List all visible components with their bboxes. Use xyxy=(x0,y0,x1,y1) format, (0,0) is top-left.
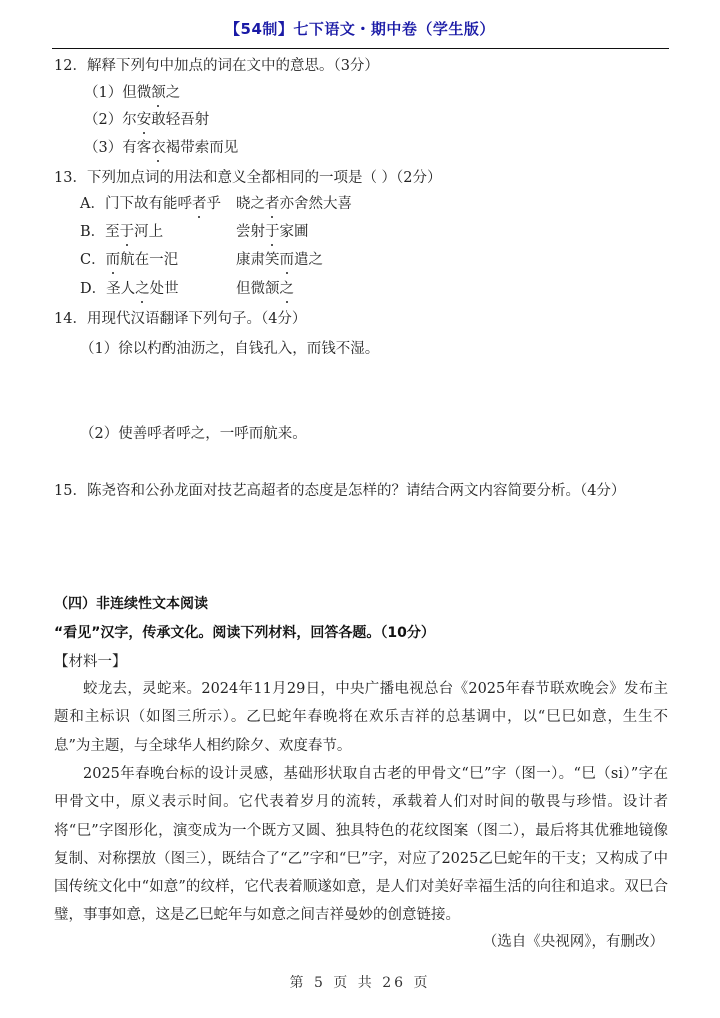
option-label: B． xyxy=(80,224,105,240)
text: 康肃笑 xyxy=(236,252,280,268)
dotted-char: 于 xyxy=(265,222,280,242)
option-right: 但微颔之 xyxy=(236,279,294,299)
text: 敢轻吾射 xyxy=(151,112,209,128)
dotted-char: 颔 xyxy=(151,83,166,103)
text: 但微颔 xyxy=(236,281,280,297)
option-label: C． xyxy=(80,252,106,268)
text: 尝射 xyxy=(236,224,265,240)
text: 家圃 xyxy=(280,224,309,240)
text: （2）尔 xyxy=(84,112,137,128)
dotted-char: 而 xyxy=(280,250,295,270)
text: 圣人 xyxy=(106,281,135,297)
page-number: 第 5 页 共 26 页 xyxy=(0,972,720,992)
section-title: （四）非连续性文本阅读 xyxy=(54,594,208,614)
option-left: C．而航在一汜 xyxy=(80,250,178,270)
text: 晓之 xyxy=(236,196,265,212)
question-15-stem: 15．陈尧咨和公孙龙面对技艺高超者的态度是怎样的？请结合两文内容简要分析。（4分… xyxy=(54,481,625,501)
option-left: B．至于河上 xyxy=(80,222,163,242)
text: （1）但微 xyxy=(84,85,151,101)
question-14-stem: 14．用现代汉语翻译下列句子。（4分） xyxy=(54,309,306,329)
text: 亦舍然大喜 xyxy=(280,196,353,212)
text: 门下故有能呼 xyxy=(105,196,192,212)
question-12-stem: 12．解释下列句中加点的词在文中的意思。（3分） xyxy=(54,56,379,76)
option-left: A．门下故有能呼者乎 xyxy=(80,194,221,214)
dotted-char: 于 xyxy=(120,222,135,242)
dotted-char: 之 xyxy=(135,279,150,299)
dotted-char: 者 xyxy=(192,194,207,214)
text: 乎 xyxy=(206,196,221,212)
text: 河上 xyxy=(134,224,163,240)
option-right: 康肃笑而遣之 xyxy=(236,250,323,270)
section-intro: “看见”汉字，传承文化。阅读下列材料，回答各题。（10分） xyxy=(54,623,435,643)
text: 褐带索而见 xyxy=(166,140,239,156)
option-label: A． xyxy=(80,196,105,212)
material-paragraph-2: 2025年春晚台标的设计灵感，基础形状取自古老的甲骨文“巳”字（图一）。“巳（s… xyxy=(54,760,668,930)
dotted-char: 者 xyxy=(265,194,280,214)
text: 之 xyxy=(166,85,181,101)
q14-item-1: （1）徐以杓酌油沥之，自钱孔入，而钱不湿。 xyxy=(80,339,379,359)
text: 航在一汜 xyxy=(120,252,178,268)
header-divider xyxy=(52,48,669,49)
text: （3）有客 xyxy=(84,140,151,156)
question-13-stem: 13．下列加点词的用法和意义全都相同的一项是（ ）（2分） xyxy=(54,168,442,188)
text: 至 xyxy=(105,224,120,240)
document-header: 【54制】七下语文・期中卷（学生版） xyxy=(0,18,720,39)
dotted-char: 而 xyxy=(106,250,121,270)
source-citation: （选自《央视网》，有删改） xyxy=(483,932,664,952)
option-right: 尝射于家圃 xyxy=(236,222,309,242)
q12-item-2: （2）尔安敢轻吾射 xyxy=(84,110,209,130)
material-label: 【材料一】 xyxy=(54,652,127,672)
text: 处世 xyxy=(150,281,179,297)
q14-item-2: （2）使善呼者呼之，一呼而航来。 xyxy=(80,424,307,444)
dotted-char: 衣 xyxy=(151,138,166,158)
option-left: D．圣人之处世 xyxy=(80,279,179,299)
q12-item-3: （3）有客衣褐带索而见 xyxy=(84,138,238,158)
text: 遣之 xyxy=(294,252,323,268)
q12-item-1: （1）但微颔之 xyxy=(84,83,180,103)
option-label: D． xyxy=(80,281,106,297)
option-right: 晓之者亦舍然大喜 xyxy=(236,194,352,214)
dotted-char: 安 xyxy=(137,110,152,130)
dotted-char: 之 xyxy=(280,279,295,299)
material-paragraph-1: 蛟龙去，灵蛇来。2024年11月29日，中央广播电视总台《2025年春节联欢晚会… xyxy=(54,675,668,760)
